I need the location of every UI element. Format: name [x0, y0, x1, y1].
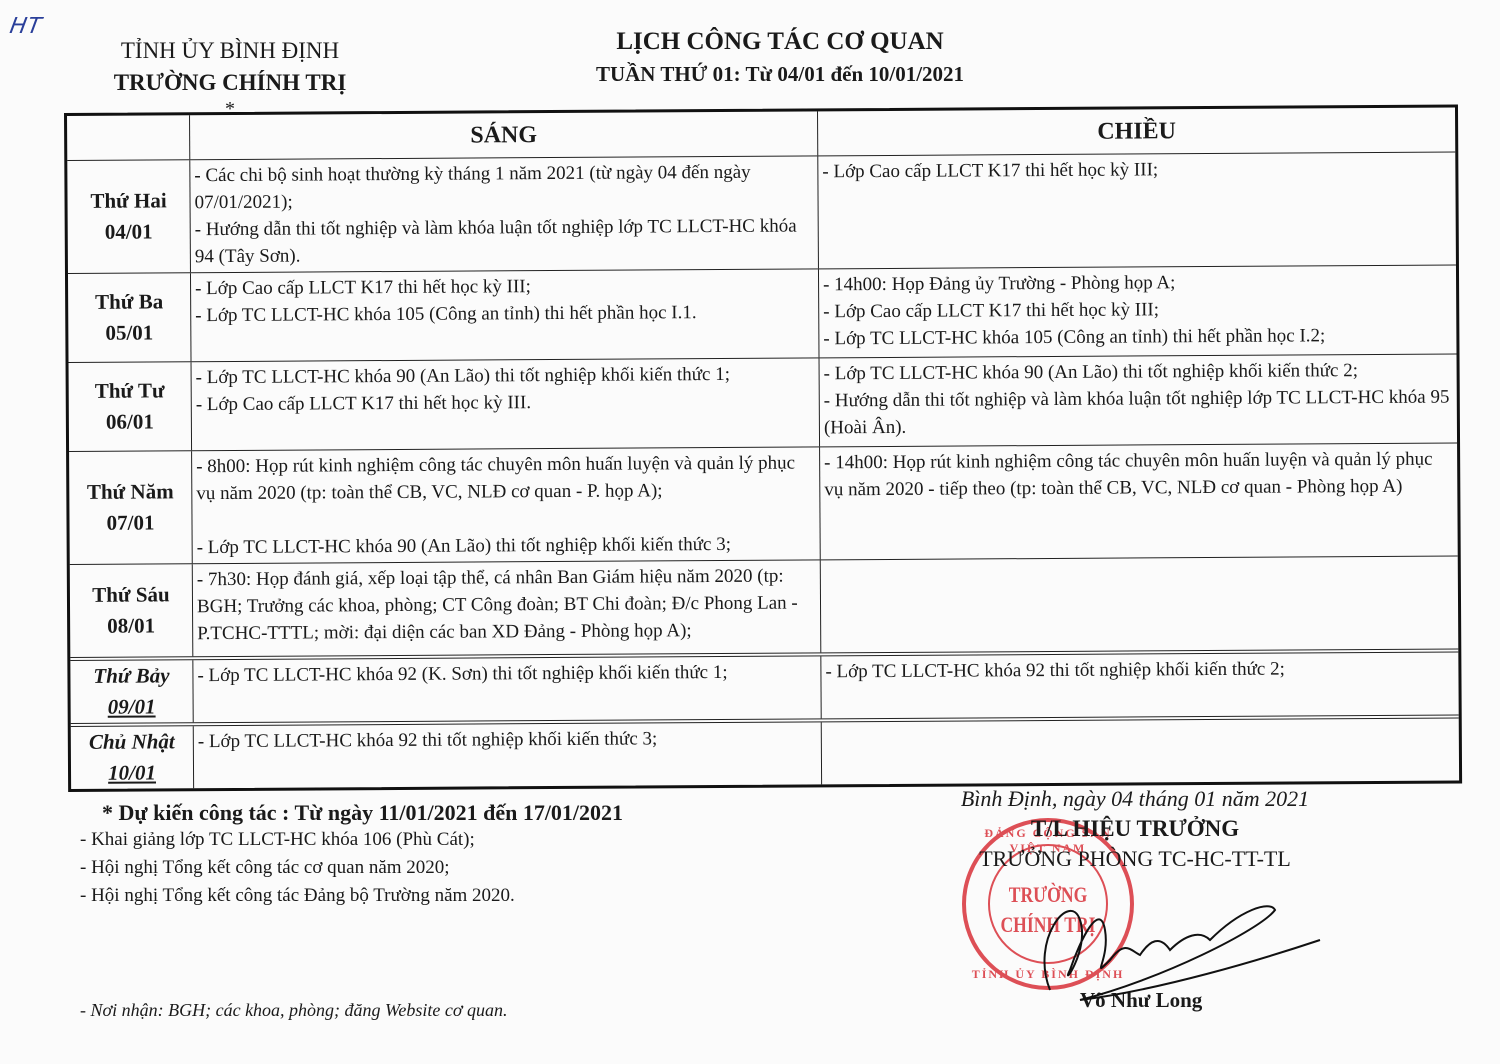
handwritten-signature — [1010, 880, 1330, 1010]
day-name: Thứ Bảy — [93, 660, 169, 691]
schedule-entry: - Hướng dẫn thi tốt nghiệp và làm khóa l… — [195, 212, 814, 270]
table-row: Thứ Ba05/01- Lớp Cao cấp LLCT K17 thi hế… — [68, 264, 1457, 361]
schedule-entry: - Các chi bộ sinh hoạt thường kỳ tháng 1… — [194, 158, 813, 216]
schedule-entry: - Lớp TC LLCT-HC khóa 105 (Công an tỉnh)… — [823, 322, 1452, 353]
schedule-entry: - 14h00: Họp rút kinh nghiệm công tác ch… — [824, 446, 1453, 504]
day-name: Thứ Hai — [90, 185, 166, 216]
schedule-entry: - Lớp TC LLCT-HC khóa 105 (Công an tỉnh)… — [195, 298, 814, 329]
table-header-row: SÁNG CHIỀU — [67, 108, 1455, 160]
morning-cell: - 7h30: Họp đánh giá, xếp loại tập thể, … — [193, 560, 822, 656]
afternoon-cell — [822, 718, 1459, 784]
schedule-entry: - Lớp TC LLCT-HC khóa 90 (An Lão) thi tố… — [197, 530, 816, 561]
schedule-entry: - Lớp TC LLCT-HC khóa 92 (K. Sơn) thi tố… — [197, 658, 816, 689]
afternoon-cell: - 14h00: Họp rút kinh nghiệm công tác ch… — [820, 443, 1458, 559]
signer-role: T/L HIỆU TRƯỞNG — [900, 816, 1370, 842]
morning-cell: - 8h00: Họp rút kinh nghiệm công tác chu… — [192, 447, 821, 563]
day-name: Chủ Nhật — [89, 726, 175, 758]
morning-cell: - Lớp TC LLCT-HC khóa 90 (An Lão) thi tố… — [192, 358, 821, 450]
schedule-entry: - 8h00: Họp rút kinh nghiệm công tác chu… — [196, 449, 815, 507]
day-cell: Thứ Bảy09/01 — [70, 660, 193, 723]
table-row: Thứ Sáu08/01- 7h30: Họp đánh giá, xếp lo… — [70, 555, 1459, 656]
day-name: Thứ Ba — [95, 286, 163, 317]
forecast-item: - Khai giảng lớp TC LLCT-HC khóa 106 (Ph… — [80, 826, 840, 854]
forecast-section: * Dự kiến công tác : Từ ngày 11/01/2021 … — [80, 800, 840, 910]
schedule-entry: - Lớp Cao cấp LLCT K17 thi hết học kỳ II… — [822, 155, 1451, 186]
day-cell: Thứ Sáu08/01 — [70, 564, 194, 657]
table-row: Chủ Nhật10/01- Lớp TC LLCT-HC khóa 92 th… — [71, 714, 1459, 788]
schedule-entry: - Lớp Cao cấp LLCT K17 thi hết học kỳ II… — [823, 295, 1452, 326]
schedule-table: SÁNG CHIỀU Thứ Hai04/01- Các chi bộ sinh… — [64, 104, 1462, 792]
day-name: Thứ Năm — [87, 476, 174, 508]
schedule-entry — [196, 503, 815, 534]
place-date: Bình Định, ngày 04 tháng 01 năm 2021 — [900, 786, 1370, 812]
schedule-entry: - Lớp TC LLCT-HC khóa 92 thi tốt nghiệp … — [825, 655, 1454, 686]
org-parent: TỈNH ỦY BÌNH ĐỊNH — [80, 38, 380, 64]
schedule-entry: - Lớp Cao cấp LLCT K17 thi hết học kỳ II… — [195, 271, 814, 302]
day-date: 07/01 — [106, 507, 154, 538]
header-day — [67, 115, 190, 160]
morning-cell: - Lớp TC LLCT-HC khóa 92 (K. Sơn) thi tố… — [193, 656, 821, 722]
afternoon-cell: - Lớp TC LLCT-HC khóa 92 thi tốt nghiệp … — [821, 652, 1458, 718]
day-date: 10/01 — [108, 757, 156, 788]
table-row: Thứ Năm07/01- 8h00: Họp rút kinh nghiệm … — [69, 442, 1458, 563]
day-cell: Thứ Năm07/01 — [69, 451, 193, 564]
day-date: 09/01 — [108, 691, 156, 722]
forecast-item: - Hội nghị Tổng kết công tác Đảng bộ Trư… — [80, 882, 840, 910]
schedule-entry: - 7h30: Họp đánh giá, xếp loại tập thể, … — [197, 562, 816, 647]
afternoon-cell — [821, 556, 1459, 652]
forecast-heading: * Dự kiến công tác : Từ ngày 11/01/2021 … — [102, 800, 840, 826]
schedule-entry: - 14h00: Họp Đảng ủy Trường - Phòng họp … — [823, 268, 1452, 299]
day-date: 06/01 — [106, 406, 154, 437]
document-title-block: LỊCH CÔNG TÁC CƠ QUAN TUẦN THỨ 01: Từ 04… — [560, 28, 1000, 87]
day-date: 08/01 — [107, 610, 155, 641]
table-row: Thứ Hai04/01- Các chi bộ sinh hoạt thườn… — [67, 152, 1456, 273]
schedule-entry: - Lớp Cao cấp LLCT K17 thi hết học kỳ II… — [196, 387, 815, 418]
morning-cell: - Lớp Cao cấp LLCT K17 thi hết học kỳ II… — [191, 269, 820, 361]
recipients-note: - Nơi nhận: BGH; các khoa, phòng; đăng W… — [80, 1000, 507, 1021]
afternoon-cell: - 14h00: Họp Đảng ủy Trường - Phòng họp … — [819, 265, 1457, 357]
schedule-entry: - Lớp TC LLCT-HC khóa 92 thi tốt nghiệp … — [198, 724, 817, 755]
day-cell: Thứ Hai04/01 — [67, 160, 191, 273]
header-morning: SÁNG — [190, 111, 818, 159]
afternoon-cell: - Lớp Cao cấp LLCT K17 thi hết học kỳ II… — [818, 153, 1456, 269]
org-name: TRƯỜNG CHÍNH TRỊ — [80, 70, 380, 96]
day-cell: Thứ Ba05/01 — [68, 273, 192, 362]
organization-header: TỈNH ỦY BÌNH ĐỊNH TRƯỜNG CHÍNH TRỊ * — [80, 38, 380, 121]
schedule-entry: - Lớp TC LLCT-HC khóa 90 (An Lão) thi tố… — [824, 357, 1453, 388]
day-date: 05/01 — [105, 317, 153, 348]
document-subtitle: TUẦN THỨ 01: Từ 04/01 đến 10/01/2021 — [560, 62, 1000, 87]
day-cell: Thứ Tư06/01 — [69, 362, 193, 451]
morning-cell: - Lớp TC LLCT-HC khóa 92 thi tốt nghiệp … — [194, 722, 822, 788]
table-row: Thứ Tư06/01- Lớp TC LLCT-HC khóa 90 (An … — [69, 353, 1458, 450]
signer-title: TRƯỞNG PHÒNG TC-HC-TT-TL — [900, 846, 1370, 872]
schedule-entry: - Lớp TC LLCT-HC khóa 90 (An Lão) thi tố… — [196, 360, 815, 391]
day-date: 04/01 — [105, 216, 153, 247]
schedule-entry: - Hướng dẫn thi tốt nghiệp và làm khóa l… — [824, 384, 1453, 442]
day-cell: Chủ Nhật10/01 — [71, 726, 194, 789]
table-row: Thứ Bảy09/01- Lớp TC LLCT-HC khóa 92 (K.… — [70, 648, 1458, 722]
header-afternoon: CHIỀU — [818, 108, 1455, 156]
day-name: Thứ Sáu — [92, 579, 170, 610]
morning-cell: - Các chi bộ sinh hoạt thường kỳ tháng 1… — [190, 156, 819, 272]
day-name: Thứ Tư — [95, 375, 165, 406]
forecast-item: - Hội nghị Tổng kết công tác cơ quan năm… — [80, 854, 840, 882]
signature-block: Bình Định, ngày 04 tháng 01 năm 2021 T/L… — [900, 786, 1370, 872]
document-title: LỊCH CÔNG TÁC CƠ QUAN — [560, 28, 1000, 56]
handwritten-note: HT — [8, 14, 44, 39]
afternoon-cell: - Lớp TC LLCT-HC khóa 90 (An Lão) thi tố… — [820, 354, 1458, 446]
